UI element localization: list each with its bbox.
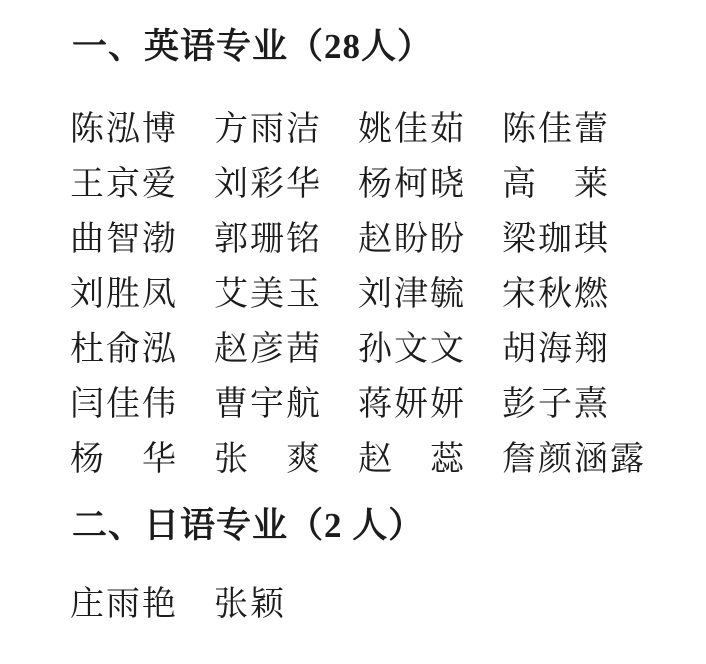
student-name: 陈佳蕾	[502, 101, 612, 150]
student-name: 庄雨艳	[70, 576, 180, 625]
student-name: 刘津毓	[358, 266, 468, 315]
student-name: 张 爽	[214, 431, 324, 480]
student-name: 赵盼盼	[358, 211, 468, 260]
name-list: 陈泓博方雨洁姚佳茹陈佳蕾王京爱刘彩华杨柯晓高 莱曲智渤郭珊铭赵盼盼梁珈琪刘胜凤艾…	[70, 98, 676, 483]
student-name: 刘胜凤	[70, 266, 180, 315]
name-row: 杜俞泓赵彦茜孙文文胡海翔	[70, 318, 676, 373]
student-name: 艾美玉	[214, 266, 324, 315]
section-heading: 二、日语专业（2 人）	[72, 503, 676, 549]
name-row: 陈泓博方雨洁姚佳茹陈佳蕾	[70, 98, 676, 153]
name-row: 曲智渤郭珊铭赵盼盼梁珈琪	[70, 208, 676, 263]
student-name: 王京爱	[70, 156, 180, 205]
document-page: 一、英语专业（28人）陈泓博方雨洁姚佳茹陈佳蕾王京爱刘彩华杨柯晓高 莱曲智渤郭珊…	[0, 0, 706, 664]
student-name: 陈泓博	[70, 101, 180, 150]
name-row: 刘胜凤艾美玉刘津毓宋秋燃	[70, 263, 676, 318]
student-name: 杨柯晓	[358, 156, 468, 205]
student-name: 闫佳伟	[70, 376, 180, 425]
name-row: 杨 华张 爽赵 蕊詹颜涵露	[70, 428, 676, 483]
student-name: 杨 华	[70, 431, 180, 480]
student-name: 张颖	[214, 576, 324, 625]
name-row: 庄雨艳张颖	[70, 573, 676, 628]
student-name: 詹颜涵露	[502, 431, 646, 480]
student-name: 赵彦茜	[214, 321, 324, 370]
student-name: 赵 蕊	[358, 431, 468, 480]
student-name: 宋秋燃	[502, 266, 612, 315]
student-name: 刘彩华	[214, 156, 324, 205]
student-name: 方雨洁	[214, 101, 324, 150]
major-section: 二、日语专业（2 人）庄雨艳张颖	[70, 503, 676, 628]
section-heading: 一、英语专业（28人）	[72, 24, 676, 70]
student-name: 杜俞泓	[70, 321, 180, 370]
name-list: 庄雨艳张颖	[70, 573, 676, 628]
student-name: 郭珊铭	[214, 211, 324, 260]
student-name: 孙文文	[358, 321, 468, 370]
student-name: 彭子熹	[502, 376, 612, 425]
student-name: 蒋妍妍	[358, 376, 468, 425]
student-name: 曲智渤	[70, 211, 180, 260]
name-row: 王京爱刘彩华杨柯晓高 莱	[70, 153, 676, 208]
student-name: 胡海翔	[502, 321, 612, 370]
major-section: 一、英语专业（28人）陈泓博方雨洁姚佳茹陈佳蕾王京爱刘彩华杨柯晓高 莱曲智渤郭珊…	[70, 24, 676, 483]
student-name: 姚佳茹	[358, 101, 468, 150]
student-name: 高 莱	[502, 156, 612, 205]
name-row: 闫佳伟曹宇航蒋妍妍彭子熹	[70, 373, 676, 428]
student-name: 梁珈琪	[502, 211, 612, 260]
student-name: 曹宇航	[214, 376, 324, 425]
